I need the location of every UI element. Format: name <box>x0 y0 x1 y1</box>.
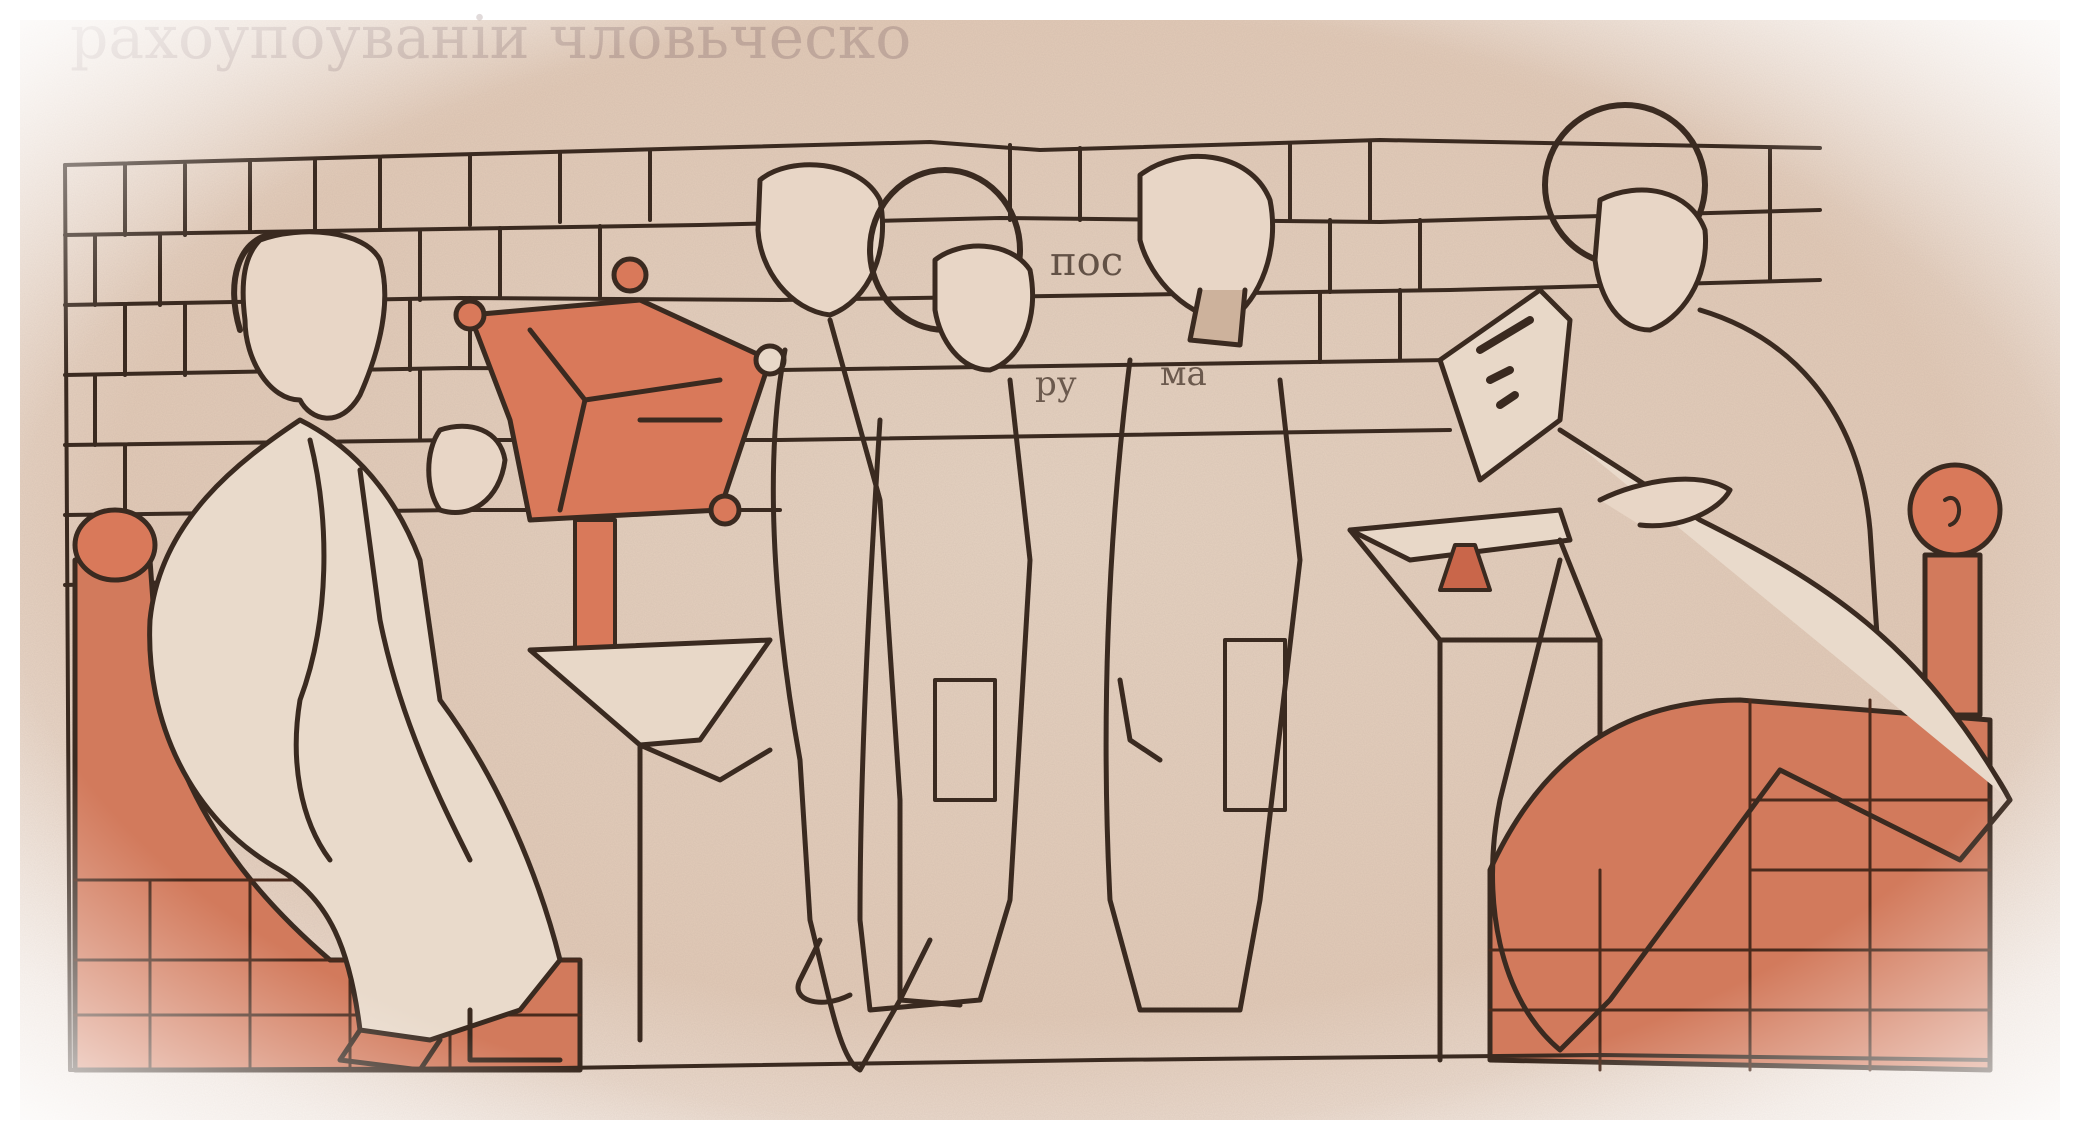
manuscript-miniature: рахоупоуваніи чловьческо пос ру ма <box>0 0 2087 1134</box>
inscription-upper: пос <box>1050 239 1123 285</box>
header-script: рахоупоуваніи чловьческо <box>70 3 911 73</box>
miniature-drawing: рахоупоуваніи чловьческо пос ру ма <box>0 0 2087 1134</box>
inscription-lower-right: ма <box>1160 354 1207 394</box>
inscription-lower-left: ру <box>1035 364 1077 404</box>
